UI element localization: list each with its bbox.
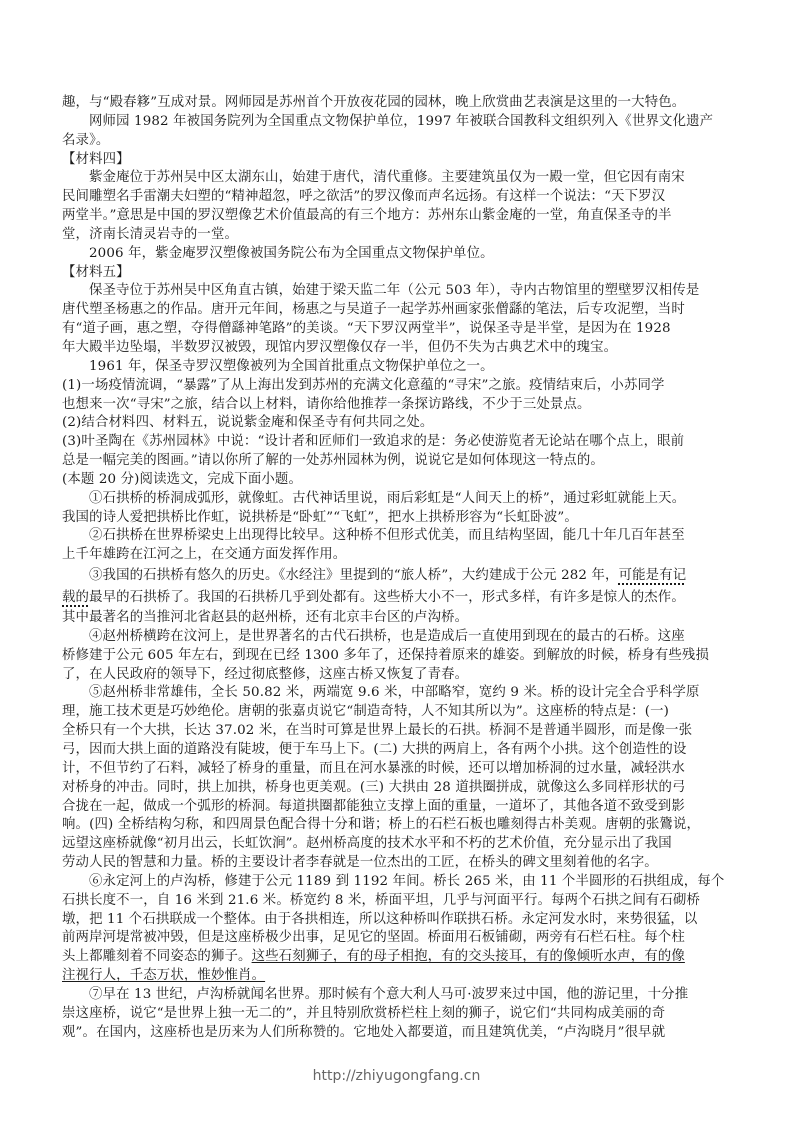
- text-line: (3)叶圣陶在《苏州园林》中说：“设计者和匠师们一致追求的是：务必使游览者无论站…: [62, 433, 723, 452]
- line-text: 对桥身的冲击。同时，拱上加拱，桥身也更美观。(三) 大拱由 28 道拱圈拼成，就…: [62, 780, 686, 795]
- line-text: 总是一幅完美的图画。”请以你所了解的一处苏州园林为例，说说它是如何体现这一特点的…: [62, 453, 604, 468]
- text-line: 我国的诗人爱把拱桥比作虹，说拱桥是“卧虹”“飞虹”，把水上拱桥形容为“长虹卧波”…: [62, 509, 723, 528]
- text-line: 紫金庵位于苏州吴中区太湖东山，始建于唐代，清代重修。主要建筑虽仅为一殿一堂，但它…: [62, 169, 723, 188]
- line-text: ⑦早在 13 世纪，卢沟桥就闻名世界。那时候有个意大利人马可·波罗来过中国，他的…: [89, 987, 688, 1002]
- line-text: 堂，济南长清灵岩寺的一堂。: [62, 227, 238, 242]
- text-line: 也想来一次“寻宋”之旅，结合以上材料，请你给他推荐一条探访路线，不少于三处景点。: [62, 396, 723, 415]
- text-line: 【材料五】: [62, 264, 723, 283]
- line-text: 唐代塑圣杨惠之的作品。唐开元年间，杨惠之与吴道子一起学苏州画家张僧繇的笔法，后专…: [62, 302, 685, 317]
- line-text: 响。(四) 全桥结构匀称，和四周景色配合得十分和谐；桥上的石栏石板也雕刻得古朴美…: [62, 817, 700, 832]
- text-line: 民间雕塑名手雷潮夫妇塑的“精神超忽，呼之欲活”的罗汉像而声名远扬。有这样一个说法…: [62, 188, 723, 207]
- line-text: 崇这座桥，说它“是世界上独一无二的”，并且特别欣赏桥栏柱上刻的狮子，说它们“共同…: [62, 1006, 665, 1021]
- text-line: 桥修建于公元 605 年左右，到现在已经 1300 多年了，还保持着原来的雄姿。…: [62, 647, 723, 666]
- line-text: ⑥永定河上的卢沟桥，修建于公元 1189 到 1192 年间。桥长 265 米，…: [89, 874, 724, 889]
- line-text: 全桥只有一个大拱，长达 37.02 米，在当时可算是世界上最长的石拱。桥洞不是普…: [62, 723, 692, 738]
- line-text: 名录》。: [62, 133, 109, 148]
- line-text: (2)结合材料四、材料五，说说紫金庵和保圣寺有何共同之处。: [62, 415, 433, 430]
- line-text: 也想来一次“寻宋”之旅，结合以上材料，请你给他推荐一条探访路线，不少于三处景点。: [62, 397, 591, 412]
- text-line: 远望这座桥就像“初月出云，长虹饮涧”。赵州桥高度的技术水平和不朽的艺术价值，充分…: [62, 835, 723, 854]
- emphasized-text: 可能是有记: [619, 568, 687, 583]
- text-line: 注视行人，千态万状，惟妙惟肖。: [62, 967, 723, 986]
- text-line: 理，施工技术更是巧妙绝伦。唐朝的张嘉贞说它“制造奇特，人不知其所以为”。这座桥的…: [62, 703, 723, 722]
- line-text: 劳动人民的智慧和力量。桥的主要设计者李春就是一位杰出的工匠，在桥头的碑文里刻着他…: [62, 855, 658, 870]
- text-line: 1961 年，保圣寺罗汉塑像被列为全国首批重点文物保护单位之一。: [62, 358, 723, 377]
- line-text: 理，施工技术更是巧妙绝伦。唐朝的张嘉贞说它“制造奇特，人不知其所以为”。这座桥的…: [62, 704, 669, 719]
- text-line: 两堂半。”意思是中国的罗汉塑像艺术价值最高的有三个地方：苏州东山紫金庵的一堂，角…: [62, 207, 723, 226]
- text-line: (2)结合材料四、材料五，说说紫金庵和保圣寺有何共同之处。: [62, 414, 723, 433]
- text-line: 堂，济南长清灵岩寺的一堂。: [62, 226, 723, 245]
- line-text: 其中最著名的当推河北省赵县的赵州桥，还有北京丰台区的卢沟桥。: [62, 610, 468, 625]
- line-text: 合拢在一起，做成一个弧形的桥洞。每道拱圈都能独立支撑上面的重量，一道坏了，其他各…: [62, 799, 685, 814]
- text-line: ②石拱桥在世界桥梁史上出现得比较早。这种桥不但形式优美，而且结构坚固，能几十年几…: [62, 527, 723, 546]
- line-text: 桥修建于公元 605 年左右，到现在已经 1300 多年了，还保持着原来的雄姿。…: [62, 648, 709, 663]
- line-text: 年大殿半边坠塌，半数罗汉被毁，现馆内罗汉塑像仅存一半，但仍不失为古典艺术中的瑰宝…: [62, 340, 617, 355]
- line-text: 【材料四】: [62, 152, 130, 167]
- text-line: ①石拱桥的桥洞成弧形，就像虹。古代神话里说，雨后彩虹是“人间天上的桥”，通过彩虹…: [62, 490, 723, 509]
- text-line: 其中最著名的当推河北省赵县的赵州桥，还有北京丰台区的卢沟桥。: [62, 609, 723, 628]
- text-line: 响。(四) 全桥结构匀称，和四周景色配合得十分和谐；桥上的石栏石板也雕刻得古朴美…: [62, 816, 723, 835]
- text-line: 唐代塑圣杨惠之的作品。唐开元年间，杨惠之与吴道子一起学苏州画家张僧繇的笔法，后专…: [62, 301, 723, 320]
- text-line: 网师园 1982 年被国务院列为全国重点文物保护单位，1997 年被联合国教科文…: [62, 113, 723, 132]
- line-text: (1)一场疫情流调，“暴露”了从上海出发到苏州的充满文化意蕴的“寻宋”之旅。疫情…: [62, 378, 665, 393]
- line-text: 了，在人民政府的领导下，经过彻底整修，这座古桥又恢复了青春。: [62, 667, 468, 682]
- text-line: 2006 年，紫金庵罗汉塑像被国务院公布为全国重点文物保护单位。: [62, 245, 723, 264]
- text-line: ③我国的石拱桥有悠久的历史。《水经注》里提到的“旅人桥”，大约建成于公元 282…: [62, 565, 723, 587]
- underlined-text: 这些石刻狮子，有的母子相抱，有的交头接耳，有的像倾听水声，有的像: [252, 949, 685, 964]
- text-line: 载的最早的石拱桥了。我国的石拱桥几乎到处都有。这些桥大小不一，形式多样，有许多是…: [62, 587, 723, 609]
- text-line: 石拱长度不一，自 16 米到 21.6 米。桥宽约 8 米，桥面平坦，几乎与河面…: [62, 892, 723, 911]
- line-text-before: 头上都雕刻着不同姿态的狮子。: [62, 949, 252, 964]
- line-text: 有“道子画，惠之塑，夺得僧繇神笔路”的美谈。“天下罗汉两堂半”，说保圣寺是半堂，…: [62, 321, 671, 336]
- emphasized-text: 载的: [62, 590, 89, 605]
- line-text: 墩，把 11 个石拱联成一个整体。由于各拱相连，所以这种桥叫作联拱石桥。永定河发…: [62, 912, 697, 927]
- line-text: (3)叶圣陶在《苏州园林》中说：“设计者和匠师们一致追求的是：务必使游览者无论站…: [62, 434, 684, 449]
- line-text: 2006 年，紫金庵罗汉塑像被国务院公布为全国重点文物保护单位。: [89, 246, 494, 261]
- line-text: 远望这座桥就像“初月出云，长虹饮涧”。赵州桥高度的技术水平和不朽的艺术价值，充分…: [62, 836, 672, 851]
- text-line: 观”。在国内，这座桥也是历来为人们所称赞的。它地处入都要道，而且建筑优美，“卢沟…: [62, 1024, 723, 1043]
- line-text: 【材料五】: [62, 265, 130, 280]
- document-page: 趣，与“殿春簃”互成对景。网师园是苏州首个开放夜花园的园林，晚上欣赏曲艺表演是这…: [62, 94, 723, 1043]
- line-text: 我国的诗人爱把拱桥比作虹，说拱桥是“卧虹”“飞虹”，把水上拱桥形容为“长虹卧波”…: [62, 510, 578, 525]
- text-line: 合拢在一起，做成一个弧形的桥洞。每道拱圈都能独立支撑上面的重量，一道坏了，其他各…: [62, 798, 723, 817]
- line-text: 紫金庵位于苏州吴中区太湖东山，始建于唐代，清代重修。主要建筑虽仅为一殿一堂，但它…: [89, 170, 685, 185]
- text-line: (本题 20 分)阅读选文，完成下面小题。: [62, 471, 723, 490]
- line-text: 弓，因而大拱上面的道路没有陡坡，便于车马上下。(二) 大拱的两肩上，各有两个小拱…: [62, 742, 686, 757]
- text-line: 前两岸河堤常被冲毁，但是这座桥极少出事，足见它的坚固。桥面用石板铺砌，两旁有石栏…: [62, 929, 723, 948]
- underlined-text: 注视行人，千态万状，惟妙惟肖。: [62, 968, 265, 983]
- text-line: 对桥身的冲击。同时，拱上加拱，桥身也更美观。(三) 大拱由 28 道拱圈拼成，就…: [62, 779, 723, 798]
- line-text-before: ③我国的石拱桥有悠久的历史。《水经注》里提到的“旅人桥”，大约建成于公元 282…: [89, 568, 619, 583]
- text-line: ⑤赵州桥非常雄伟，全长 50.82 米，两端宽 9.6 米，中部略窄，宽约 9 …: [62, 684, 723, 703]
- text-line: 全桥只有一个大拱，长达 37.02 米，在当时可算是世界上最长的石拱。桥洞不是普…: [62, 722, 723, 741]
- line-text: ①石拱桥的桥洞成弧形，就像虹。古代神话里说，雨后彩虹是“人间天上的桥”，通过彩虹…: [89, 491, 685, 506]
- line-text: 民间雕塑名手雷潮夫妇塑的“精神超忽，呼之欲活”的罗汉像而声名远扬。有这样一个说法…: [62, 189, 665, 204]
- text-line: 计，不但节约了石料，减轻了桥身的重量，而且在河水暴涨的时候，还可以增加桥洞的过水…: [62, 760, 723, 779]
- line-text: 前两岸河堤常被冲毁，但是这座桥极少出事，足见它的坚固。桥面用石板铺砌，两旁有石栏…: [62, 930, 685, 945]
- text-line: 弓，因而大拱上面的道路没有陡坡，便于车马上下。(二) 大拱的两肩上，各有两个小拱…: [62, 741, 723, 760]
- text-line: ⑦早在 13 世纪，卢沟桥就闻名世界。那时候有个意大利人马可·波罗来过中国，他的…: [62, 986, 723, 1005]
- line-text: 1961 年，保圣寺罗汉塑像被列为全国首批重点文物保护单位之一。: [89, 359, 494, 374]
- line-text-after: 最早的石拱桥了。我国的石拱桥几乎到处都有。这些桥大小不一，形式多样，有许多是惊人…: [89, 590, 685, 605]
- text-line: 劳动人民的智慧和力量。桥的主要设计者李春就是一位杰出的工匠，在桥头的碑文里刻着他…: [62, 854, 723, 873]
- line-text: (本题 20 分)阅读选文，完成下面小题。: [62, 472, 302, 487]
- text-line: 头上都雕刻着不同姿态的狮子。这些石刻狮子，有的母子相抱，有的交头接耳，有的像倾听…: [62, 948, 723, 967]
- line-text: 观”。在国内，这座桥也是历来为人们所称赞的。它地处入都要道，而且建筑优美，“卢沟…: [62, 1025, 665, 1040]
- line-text: 网师园 1982 年被国务院列为全国重点文物保护单位，1997 年被联合国教科文…: [89, 114, 713, 129]
- text-line: ⑥永定河上的卢沟桥，修建于公元 1189 到 1192 年间。桥长 265 米，…: [62, 873, 723, 892]
- text-line: 崇这座桥，说它“是世界上独一无二的”，并且特别欣赏桥栏柱上刻的狮子，说它们“共同…: [62, 1005, 723, 1024]
- text-line: 有“道子画，惠之塑，夺得僧繇神笔路”的美谈。“天下罗汉两堂半”，说保圣寺是半堂，…: [62, 320, 723, 339]
- line-text: ④赵州桥横跨在汶河上，是世界著名的古代石拱桥，也是造成后一直使用到现在的最古的石…: [89, 629, 685, 644]
- line-text: 计，不但节约了石料，减轻了桥身的重量，而且在河水暴涨的时候，还可以增加桥洞的过水…: [62, 761, 685, 776]
- text-line: 【材料四】: [62, 151, 723, 170]
- text-line: 名录》。: [62, 132, 723, 151]
- line-text: 两堂半。”意思是中国的罗汉塑像艺术价值最高的有三个地方：苏州东山紫金庵的一堂，角…: [62, 208, 672, 223]
- text-line: 趣，与“殿春簃”互成对景。网师园是苏州首个开放夜花园的园林，晚上欣赏曲艺表演是这…: [62, 94, 723, 113]
- text-line: 年大殿半边坠塌，半数罗汉被毁，现馆内罗汉塑像仅存一半，但仍不失为古典艺术中的瑰宝…: [62, 339, 723, 358]
- text-line: 墩，把 11 个石拱联成一个整体。由于各拱相连，所以这种桥叫作联拱石桥。永定河发…: [62, 911, 723, 930]
- line-text: 保圣寺位于苏州吴中区角直古镇，始建于梁天监二年（公元 503 年），寺内古物馆里…: [89, 283, 699, 298]
- line-text: 上千年雄跨在江河之上，在交通方面发挥作用。: [62, 547, 346, 562]
- text-line: 了，在人民政府的领导下，经过彻底整修，这座古桥又恢复了青春。: [62, 666, 723, 685]
- text-line: ④赵州桥横跨在汶河上，是世界著名的古代石拱桥，也是造成后一直使用到现在的最古的石…: [62, 628, 723, 647]
- text-line: (1)一场疫情流调，“暴露”了从上海出发到苏州的充满文化意蕴的“寻宋”之旅。疫情…: [62, 377, 723, 396]
- line-text: 趣，与“殿春簃”互成对景。网师园是苏州首个开放夜花园的园林，晚上欣赏曲艺表演是这…: [62, 95, 685, 110]
- footer-url[interactable]: http://zhiyugongfang.cn: [0, 1068, 793, 1084]
- text-line: 上千年雄跨在江河之上，在交通方面发挥作用。: [62, 546, 723, 565]
- line-text: ⑤赵州桥非常雄伟，全长 50.82 米，两端宽 9.6 米，中部略窄，宽约 9 …: [89, 685, 699, 700]
- line-text: 石拱长度不一，自 16 米到 21.6 米。桥宽约 8 米，桥面平坦，几乎与河面…: [62, 893, 700, 908]
- text-line: 保圣寺位于苏州吴中区角直古镇，始建于梁天监二年（公元 503 年），寺内古物馆里…: [62, 282, 723, 301]
- line-text: ②石拱桥在世界桥梁史上出现得比较早。这种桥不但形式优美，而且结构坚固，能几十年几…: [89, 528, 685, 543]
- text-line: 总是一幅完美的图画。”请以你所了解的一处苏州园林为例，说说它是如何体现这一特点的…: [62, 452, 723, 471]
